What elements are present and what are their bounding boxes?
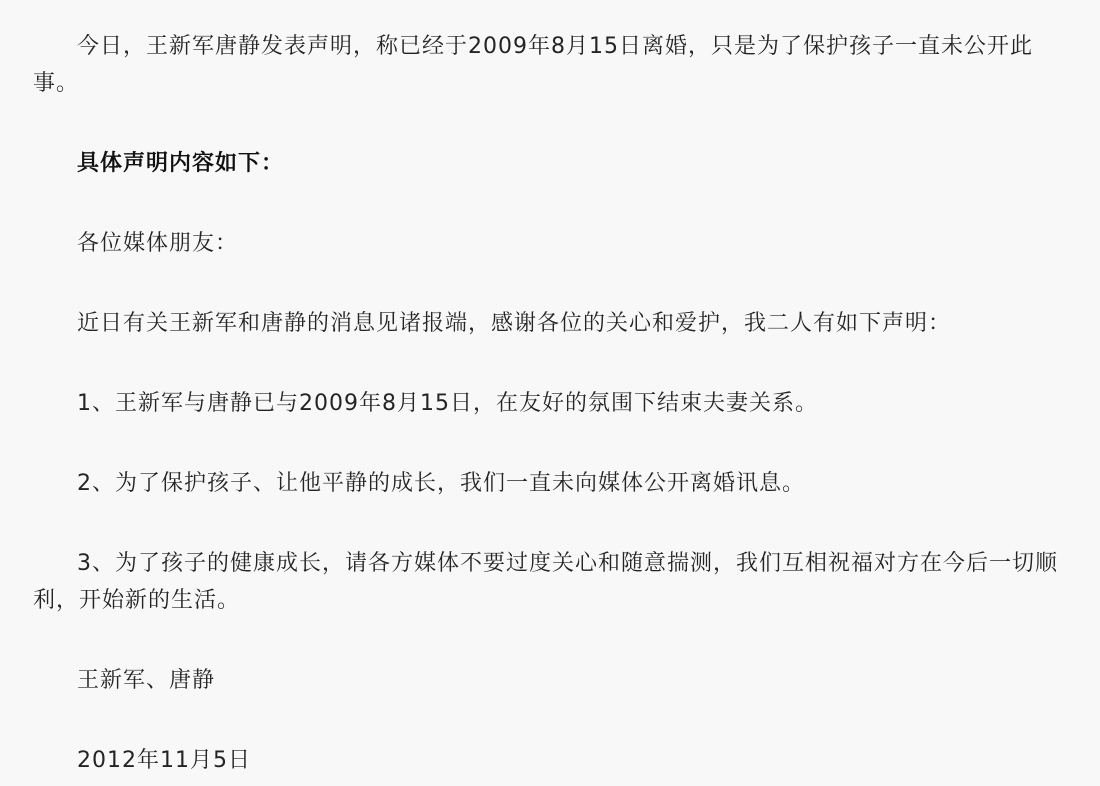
lead-paragraph: 近日有关王新军和唐静的消息见诸报端，感谢各位的关心和爱护，我二人有如下声明： (33, 305, 1070, 342)
statement-document: 今日，王新军唐静发表声明，称已经于2009年8月15日离婚，只是为了保护孩子一直… (0, 0, 1100, 786)
statement-heading: 具体声明内容如下： (33, 145, 1070, 182)
statement-item-3: 3、为了孩子的健康成长，请各方媒体不要过度关心和随意揣测，我们互相祝福对方在今后… (33, 545, 1070, 619)
statement-item-1: 1、王新军与唐静已与2009年8月15日，在友好的氛围下结束夫妻关系。 (33, 385, 1070, 422)
salutation: 各位媒体朋友： (33, 225, 1070, 262)
intro-paragraph: 今日，王新军唐静发表声明，称已经于2009年8月15日离婚，只是为了保护孩子一直… (33, 28, 1070, 102)
date: 2012年11月5日 (33, 742, 1070, 779)
signature: 王新军、唐静 (33, 662, 1070, 699)
statement-item-2: 2、为了保护孩子、让他平静的成长，我们一直未向媒体公开离婚讯息。 (33, 465, 1070, 502)
